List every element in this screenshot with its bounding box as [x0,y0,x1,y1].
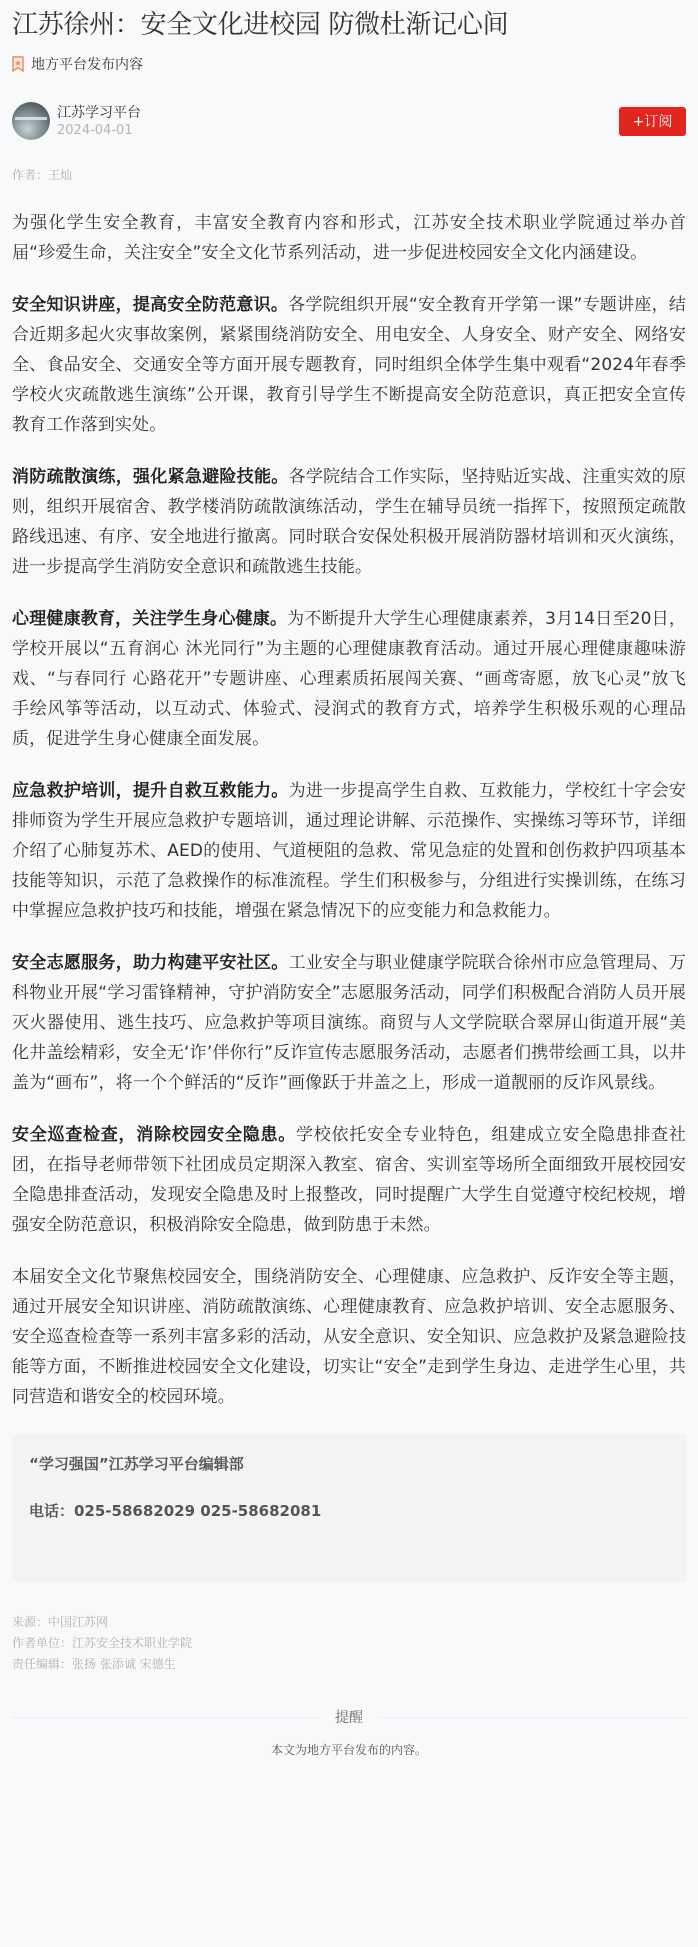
credit-author-unit: 作者单位：江苏安全技术职业学院 [12,1633,686,1654]
editorial-box: “学习强国”江苏学习平台编辑部 电话：025-58682029 025-5868… [12,1434,686,1582]
paragraph-mental-health: 心理健康教育，关注学生身心健康。为不断提升大学生心理健康素养，3月14日至20日… [12,604,686,754]
author-info[interactable]: 江苏学习平台 2024-04-01 [12,102,141,140]
article-body: 为强化学生安全教育，丰富安全教育内容和形式，江苏安全技术职业学院通过举办首届“珍… [12,208,686,1412]
subscribe-button[interactable]: +订阅 [619,107,686,136]
paragraph-lead: 安全巡查检查，消除校园安全隐患。 [12,1125,296,1145]
paragraph-lead: 心理健康教育，关注学生身心健康。 [12,609,287,629]
notice-section: 提醒 本文为地方平台发布的内容。 [12,1707,686,1758]
paragraph-text: 本届安全文化节聚焦校园安全，围绕消防安全、心理健康、应急救护、反诈安全等主题，通… [12,1267,686,1407]
article-title: 江苏徐州：安全文化进校园 防微杜渐记心间 [12,0,686,42]
credit-editors: 责任编辑：张扬 张添诚 宋德生 [12,1654,686,1675]
paragraph-text: 为强化学生安全教育，丰富安全教育内容和形式，江苏安全技术职业学院通过举办首届“珍… [12,213,686,263]
credit-source: 来源：中国江苏网 [12,1612,686,1633]
article-page: 江苏徐州：安全文化进校园 防微杜渐记心间 地方平台发布内容 江苏学习平台 202… [0,0,698,1758]
editorial-department: “学习强国”江苏学习平台编辑部 [29,1454,669,1474]
avatar[interactable] [12,102,50,140]
author-meta: 江苏学习平台 2024-04-01 [57,104,141,139]
paragraph-fire-drill: 消防疏散演练，强化紧急避险技能。各学院结合工作实际，坚持贴近实战、注重实效的原则… [12,462,686,582]
paragraph-lead: 安全志愿服务，助力构建平安社区。 [12,953,289,973]
paragraph-intro: 为强化学生安全教育，丰富安全教育内容和形式，江苏安全技术职业学院通过举办首届“珍… [12,208,686,268]
publish-date: 2024-04-01 [57,122,141,139]
byline: 作者：王灿 [12,166,686,182]
editorial-phone: 电话：025-58682029 025-58682081 [29,1501,669,1521]
paragraph-text: 为不断提升大学生心理健康素养，3月14日至20日，学校开展以“五育润心 沐光同行… [12,609,686,749]
paragraph-safety-lecture: 安全知识讲座，提高安全防范意识。各学院组织开展“安全教育开学第一课”专题讲座，结… [12,290,686,440]
credits: 来源：中国江苏网 作者单位：江苏安全技术职业学院 责任编辑：张扬 张添诚 宋德生 [12,1612,686,1675]
platform-tag: 地方平台发布内容 [12,54,686,74]
paragraph-conclusion: 本届安全文化节聚焦校园安全，围绕消防安全、心理健康、应急救护、反诈安全等主题，通… [12,1262,686,1412]
author-row: 江苏学习平台 2024-04-01 +订阅 [12,101,686,141]
paragraph-lead: 消防疏散演练，强化紧急避险技能。 [12,467,289,487]
notice-text: 本文为地方平台发布的内容。 [12,1742,686,1758]
platform-tag-label: 地方平台发布内容 [31,54,143,74]
bookmark-star-icon [12,56,24,72]
paragraph-lead: 安全知识讲座，提高安全防范意识。 [12,295,288,315]
paragraph-inspection: 安全巡查检查，消除校园安全隐患。学校依托安全专业特色，组建成立安全隐患排查社团，… [12,1120,686,1240]
paragraph-lead: 应急救护培训，提升自救互救能力。 [12,781,289,801]
paragraph-text: 为进一步提高学生自救、互救能力，学校红十字会安排师资为学生开展应急救护专题培训，… [12,781,686,921]
paragraph-first-aid: 应急救护培训，提升自救互救能力。为进一步提高学生自救、互救能力，学校红十字会安排… [12,776,686,926]
author-name[interactable]: 江苏学习平台 [57,104,141,122]
paragraph-text: 工业安全与职业健康学院联合徐州市应急管理局、万科物业开展“学习雷锋精神，守护消防… [12,953,686,1093]
paragraph-text: 各学院组织开展“安全教育开学第一课”专题讲座，结合近期多起火灾事故案例，紧紧围绕… [12,295,686,435]
paragraph-volunteer: 安全志愿服务，助力构建平安社区。工业安全与职业健康学院联合徐州市应急管理局、万科… [12,948,686,1098]
notice-title: 提醒 [319,1708,379,1728]
